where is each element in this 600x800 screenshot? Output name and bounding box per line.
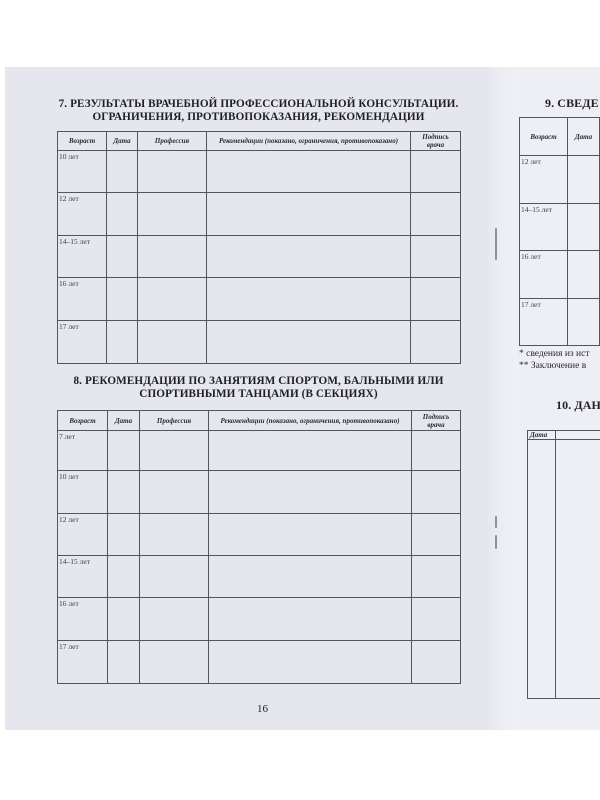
signature-cell[interactable]: [412, 514, 461, 556]
column-header-age: Возраст: [58, 411, 108, 431]
section7-title-line2: ОГРАНИЧЕНИЯ, ПРОТИВОПОКАЗАНИЯ, РЕКОМЕНДА…: [57, 111, 460, 124]
date-cell[interactable]: [107, 193, 138, 236]
date-cell[interactable]: [107, 278, 138, 321]
footnote-2: ** Заключение в: [519, 361, 586, 371]
recommendation-cell[interactable]: [209, 514, 412, 556]
signature-cell[interactable]: [412, 431, 461, 471]
column-header-profession: Профессия: [138, 132, 207, 151]
column-header-doctor-signature: Подпись врача: [411, 132, 461, 151]
profession-cell[interactable]: [140, 598, 209, 641]
staple-icon: [495, 516, 497, 528]
section8-title: 8. РЕКОМЕНДАЦИИ ПО ЗАНЯТИЯМ СПОРТОМ, БАЛ…: [57, 375, 460, 401]
age-cell: 10 лет: [58, 471, 108, 514]
date-cell[interactable]: [108, 641, 140, 684]
profession-cell[interactable]: [138, 236, 207, 278]
profession-cell[interactable]: [138, 151, 207, 193]
section10-table: Дата: [527, 430, 600, 699]
signature-cell[interactable]: [411, 151, 461, 193]
section8-title-line1: 8. РЕКОМЕНДАЦИИ ПО ЗАНЯТИЯМ СПОРТОМ, БАЛ…: [57, 375, 460, 388]
section7-title-line1: 7. РЕЗУЛЬТАТЫ ВРАЧЕБНОЙ ПРОФЕССИОНАЛЬНОЙ…: [57, 98, 460, 111]
date-cell[interactable]: [107, 236, 138, 278]
column-header-recommendations: Рекомендации (показано, ограничения, про…: [209, 411, 412, 431]
table-row: 17 лет: [520, 299, 600, 346]
column-header-date: Дата: [528, 431, 556, 440]
table-row: 12 лет: [58, 514, 461, 556]
recommendation-cell[interactable]: [207, 193, 411, 236]
recommendation-cell[interactable]: [207, 236, 411, 278]
profession-cell[interactable]: [140, 471, 209, 514]
age-cell: 12 лет: [58, 193, 107, 236]
signature-cell[interactable]: [411, 278, 461, 321]
age-cell: 14–15 лет: [58, 556, 108, 598]
table-row: 10 лет: [58, 151, 461, 193]
signature-cell[interactable]: [412, 471, 461, 514]
age-cell: 12 лет: [58, 514, 108, 556]
column-header-doctor-signature: Подпись врача: [412, 411, 461, 431]
column-header-date: Дата: [568, 118, 600, 156]
profession-cell[interactable]: [138, 278, 207, 321]
table-row: 7 лет: [58, 431, 461, 471]
column-header-age: Возраст: [520, 118, 568, 156]
date-cell[interactable]: [108, 556, 140, 598]
signature-cell[interactable]: [412, 556, 461, 598]
age-cell: 16 лет: [58, 598, 108, 641]
section7-title: 7. РЕЗУЛЬТАТЫ ВРАЧЕБНОЙ ПРОФЕССИОНАЛЬНОЙ…: [57, 98, 460, 124]
consultation-results-table: Возраст Дата Профессия Рекомендации (пок…: [57, 131, 461, 364]
footnote-1: * сведения из ист: [519, 349, 590, 359]
age-cell: 17 лет: [520, 299, 568, 346]
age-cell: 12 лет: [520, 156, 568, 204]
date-cell[interactable]: [107, 321, 138, 364]
section8-title-line2: СПОРТИВНЫМИ ТАНЦАМИ (В СЕКЦИЯХ): [57, 388, 460, 401]
age-cell: 14–15 лет: [520, 204, 568, 251]
age-cell: 17 лет: [58, 641, 108, 684]
date-cell[interactable]: [528, 440, 556, 699]
staple-icon: [495, 535, 497, 549]
table-row: 17 лет: [58, 321, 461, 364]
recommendation-cell[interactable]: [207, 278, 411, 321]
table-row: 14–15 лет: [58, 556, 461, 598]
profession-cell[interactable]: [140, 641, 209, 684]
column-header-age: Возраст: [58, 132, 107, 151]
recommendation-cell[interactable]: [209, 641, 412, 684]
column-header-recommendations: Рекомендации (показано, ограничения, про…: [207, 132, 411, 151]
section9-table: Возраст Дата 12 лет 14–15 лет 16 лет 17 …: [519, 117, 600, 346]
staple-icon: [495, 228, 497, 260]
profession-cell[interactable]: [138, 193, 207, 236]
page-number: 16: [257, 703, 268, 715]
recommendation-cell[interactable]: [209, 431, 412, 471]
table-row: 16 лет: [520, 251, 600, 299]
recommendation-cell[interactable]: [209, 598, 412, 641]
age-cell: 7 лет: [58, 431, 108, 471]
table-row: 12 лет: [520, 156, 600, 204]
date-cell[interactable]: [108, 514, 140, 556]
date-cell[interactable]: [568, 299, 600, 346]
section10-title: 10. ДАН: [556, 399, 600, 412]
age-cell: 10 лет: [58, 151, 107, 193]
sports-recommendations-table: Возраст Дата Профессия Рекомендации (пок…: [57, 410, 461, 684]
date-cell[interactable]: [108, 431, 140, 471]
column-header-profession: Профессия: [140, 411, 209, 431]
date-cell[interactable]: [108, 598, 140, 641]
age-cell: 14–15 лет: [58, 236, 107, 278]
date-cell[interactable]: [568, 156, 600, 204]
profession-cell[interactable]: [138, 321, 207, 364]
table-row: [528, 440, 600, 699]
date-cell[interactable]: [568, 204, 600, 251]
recommendation-cell[interactable]: [209, 471, 412, 514]
table-row: 14–15 лет: [520, 204, 600, 251]
date-cell[interactable]: [108, 471, 140, 514]
right-page-content: 9. СВЕДЕ Возраст Дата 12 лет 14–15 лет 1…: [510, 67, 600, 730]
signature-cell[interactable]: [411, 193, 461, 236]
signature-cell[interactable]: [411, 321, 461, 364]
recommendation-cell[interactable]: [207, 151, 411, 193]
recommendation-cell[interactable]: [207, 321, 411, 364]
table-row: 12 лет: [58, 193, 461, 236]
profession-cell[interactable]: [140, 556, 209, 598]
table-row: 10 лет: [58, 471, 461, 514]
profession-cell[interactable]: [140, 514, 209, 556]
date-cell[interactable]: [107, 151, 138, 193]
table-row: 17 лет: [58, 641, 461, 684]
signature-cell[interactable]: [412, 598, 461, 641]
column-header-date: Дата: [108, 411, 140, 431]
column-header-date: Дата: [107, 132, 138, 151]
age-cell: 16 лет: [520, 251, 568, 299]
signature-cell[interactable]: [412, 641, 461, 684]
table-row: 16 лет: [58, 278, 461, 321]
profession-cell[interactable]: [140, 431, 209, 471]
age-cell: 16 лет: [58, 278, 107, 321]
recommendation-cell[interactable]: [209, 556, 412, 598]
age-cell: 17 лет: [58, 321, 107, 364]
table-row: 14–15 лет: [58, 236, 461, 278]
table-row: 16 лет: [58, 598, 461, 641]
section9-title: 9. СВЕДЕ: [545, 97, 599, 110]
signature-cell[interactable]: [411, 236, 461, 278]
date-cell[interactable]: [568, 251, 600, 299]
